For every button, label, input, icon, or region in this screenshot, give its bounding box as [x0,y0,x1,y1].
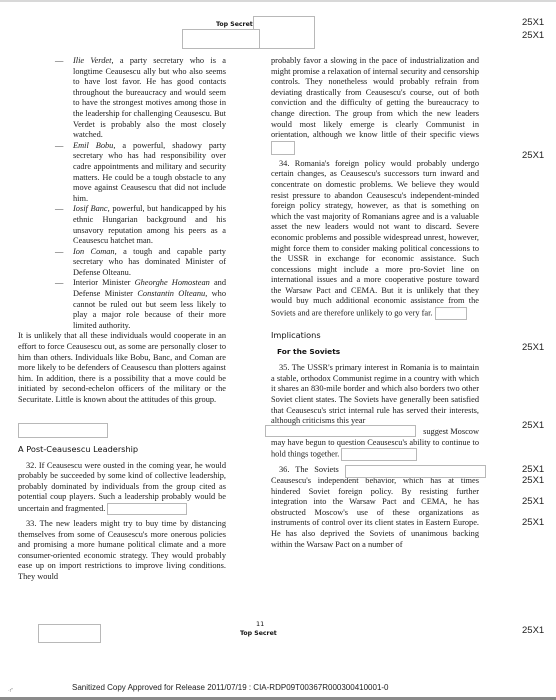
person-name: Constantin Olteanu [137,289,205,298]
redaction-box [107,503,187,515]
person-name: Gheorghe Homostean [135,278,210,287]
left-column: —Ilie Verdet, a party secretary who is a… [47,56,226,409]
redacted-line: suggest Moscow [271,427,479,438]
header-redaction-box-left [182,29,260,49]
margin-mark: 25X1 [522,465,544,475]
person-name: Ion Coman [73,247,115,256]
redaction-box [265,425,416,437]
paragraph-35-end: may have begun to question Ceausescu's a… [271,438,479,462]
footer-classification: Top Secret [240,630,277,637]
redaction-box [271,141,295,155]
page-number: 11 [256,620,264,628]
redaction-box [435,307,467,320]
bullet-text: Interior Minister [73,278,135,287]
paragraph-36: 36. The Soviets also have an interest in… [271,465,479,550]
header-redaction-box-right [253,16,315,49]
release-statement: Sanitized Copy Approved for Release 2011… [72,683,389,692]
margin-mark: 25X1 [522,518,544,528]
paragraph-33: 33. The new leaders might try to buy tim… [18,519,226,583]
margin-mark: 25X1 [522,626,544,636]
paragraph-text: 35. The USSR's primary interest in Roman… [271,363,479,425]
paragraph-unlikely: It is unlikely that all these individual… [18,331,226,405]
bullet-bobu: —Emil Bobu, a powerful, shadowy party se… [47,141,226,205]
margin-mark: 25X1 [522,421,544,431]
person-name: Ilie Verdet [73,56,111,65]
bullet-homostean-olteanu: —Interior Minister Gheorghe Homostean an… [47,278,226,331]
paragraph-text: suggest Moscow [423,427,479,438]
bullet-text: , a party secretary who is a longtime Ce… [73,56,226,139]
top-border [0,0,556,2]
redaction-box [18,423,108,438]
margin-mark: 25X1 [522,343,544,353]
redaction-box [341,448,417,461]
bullet-text: , a powerful, shadowy party secretary wh… [73,141,226,203]
redaction-box [345,465,486,478]
person-name: Iosif Banc [73,204,108,213]
margin-mark: 25X1 [522,151,544,161]
margin-mark: 25X1 [522,31,544,41]
paragraph-32: 32. If Ceausescu were ousted in the comi… [18,461,226,515]
bullet-coman: —Ion Coman, a tough and capable party se… [47,247,226,279]
paragraph-33-continued: probably favor a slowing in the pace of … [271,56,479,155]
paragraph-text: probably favor a slowing in the pace of … [271,56,479,139]
person-name: Emil Bobu [73,141,113,150]
footer-redaction-box [38,624,101,643]
margin-mark: 25X1 [522,476,544,486]
margin-mark: 25X1 [522,18,544,28]
bullet-verdet: —Ilie Verdet, a party secretary who is a… [47,56,226,141]
paragraph-text: 34. Romania's foreign policy would proba… [271,159,479,318]
left-column-lower: A Post-Ceausescu Leadership 32. If Ceaus… [18,423,226,587]
paragraph-35: 35. The USSR's primary interest in Roman… [271,363,479,427]
subheading-for-the-soviets: For the Soviets [277,347,479,358]
bullet-banc: —Iosif Banc, powerful, but handicapped b… [47,204,226,246]
scan-artifact: ·r" [8,688,13,694]
section-heading-post-ceausescu: A Post-Ceausescu Leadership [18,444,226,455]
paragraph-34: 34. Romania's foreign policy would proba… [271,159,479,320]
right-column: probably favor a slowing in the pace of … [271,56,479,554]
header-classification: Top Secret [216,21,253,28]
margin-mark: 25X1 [522,497,544,507]
section-heading-implications: Implications [271,330,479,341]
